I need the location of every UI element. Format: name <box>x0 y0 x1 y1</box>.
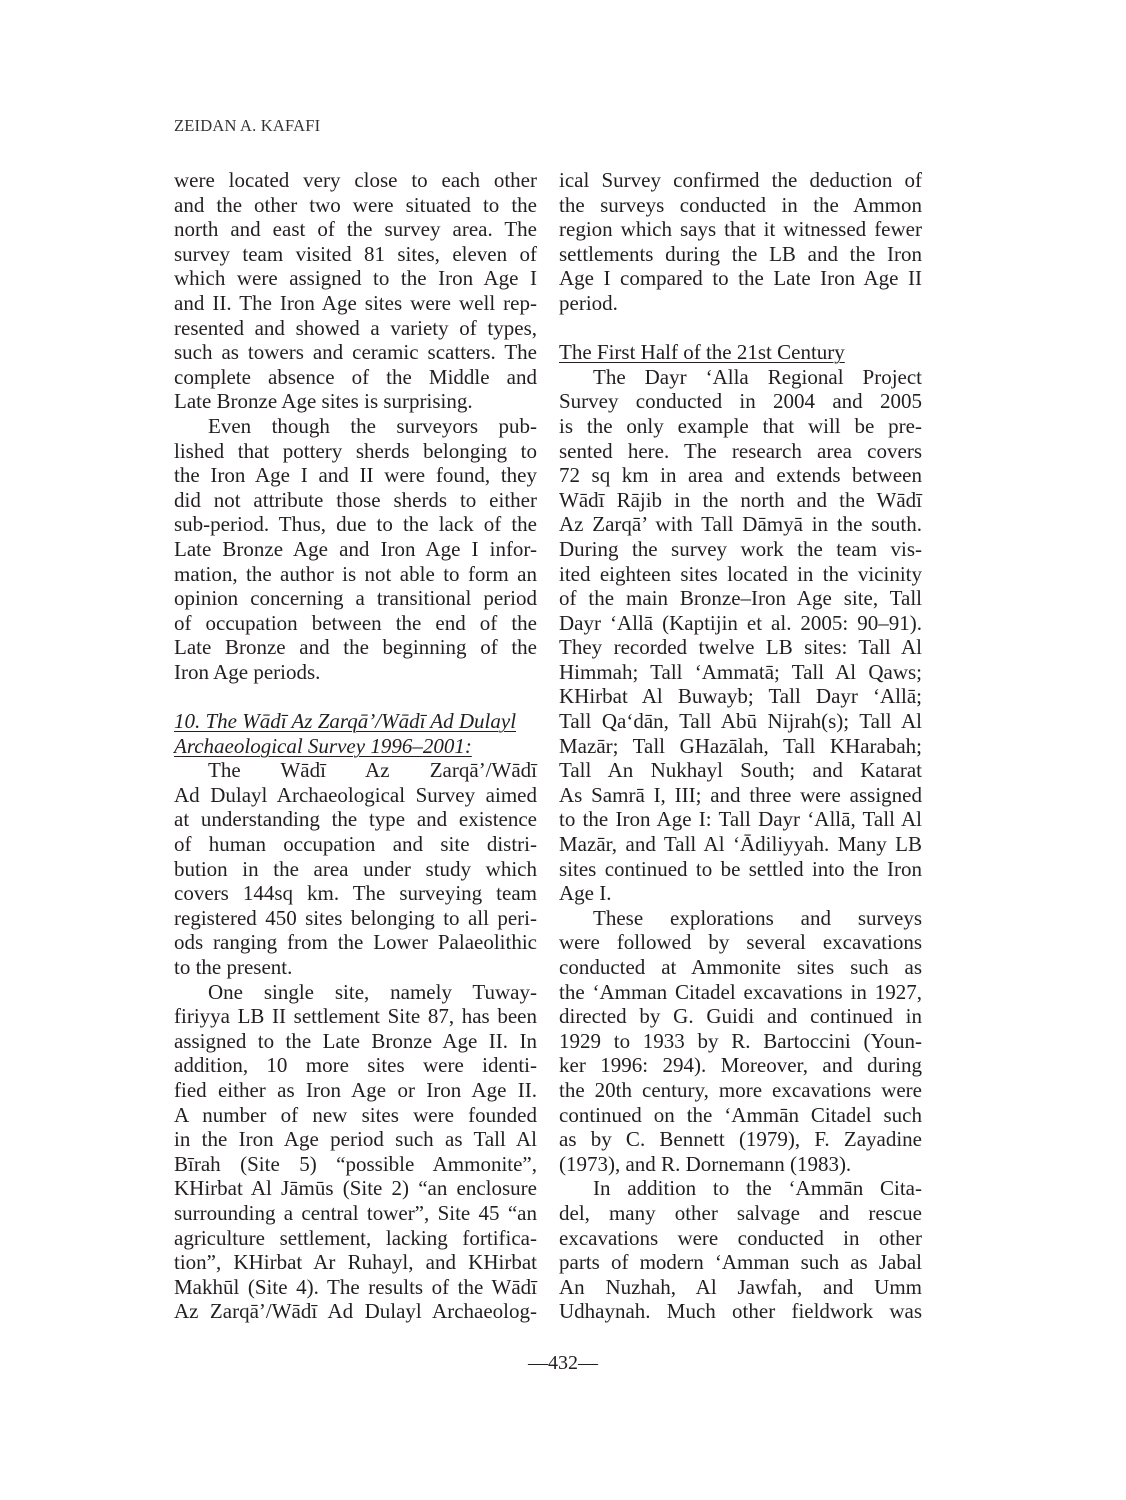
text-line: Late Bronze Age and Iron Age I infor- <box>174 537 537 562</box>
left-column: were located very close to each other an… <box>174 168 537 1324</box>
text-line: ited eighteen sites located in the vicin… <box>559 562 922 587</box>
text-line: continued on the ‘Ammān Citadel such <box>559 1103 922 1128</box>
text-line: del, many other salvage and rescue <box>559 1201 922 1226</box>
heading-line: Archaeological Survey 1996–2001: <box>174 734 537 759</box>
spacer <box>174 684 537 709</box>
text-line: the 20th century, more excavations were <box>559 1078 922 1103</box>
section-heading-wadi-survey: 10. The Wādī Az Zarqā’/Wādī Ad Dulayl Ar… <box>174 709 537 758</box>
text-line: ods ranging from the Lower Palaeolithic <box>174 930 537 955</box>
text-line: period. <box>559 291 922 316</box>
paragraph-explorations: These explorations and surveys were foll… <box>559 906 922 1177</box>
text-line: Late Bronze and the beginning of the <box>174 635 537 660</box>
text-line: were followed by several excavations <box>559 930 922 955</box>
text-line: They recorded twelve LB sites: Tall Al <box>559 635 922 660</box>
text-line: Mazār, and Tall Al ‘Ādiliyyah. Many LB <box>559 832 922 857</box>
text-line: north and east of the survey area. The <box>174 217 537 242</box>
text-line: fied either as Iron Age or Iron Age II. <box>174 1078 537 1103</box>
text-line: In addition to the ‘Ammān Cita- <box>559 1176 922 1201</box>
spacer <box>559 316 922 341</box>
text-line: at understanding the type and existence <box>174 807 537 832</box>
text-line: is the only example that will be pre- <box>559 414 922 439</box>
text-line: which were assigned to the Iron Age I <box>174 266 537 291</box>
text-line: settlements during the LB and the Iron <box>559 242 922 267</box>
text-line: An Nuzhah, Al Jawfah, and Umm <box>559 1275 922 1300</box>
running-head-author: ZEIDAN A. KAFAFI <box>174 116 320 136</box>
text-line: such as towers and ceramic scatters. The <box>174 340 537 365</box>
text-line: the Iron Age I and II were found, they <box>174 463 537 488</box>
text-line: sented here. The research area covers <box>559 439 922 464</box>
text-line: Az Zarqā’ with Tall Dāmyā in the south. <box>559 512 922 537</box>
text-line: and II. The Iron Age sites were well rep… <box>174 291 537 316</box>
page-number: —432— <box>0 1352 1126 1375</box>
text-line: ical Survey confirmed the deduction of <box>559 168 922 193</box>
text-line: surrounding a central tower”, Site 45 “a… <box>174 1201 537 1226</box>
text-line: of the main Bronze–Iron Age site, Tall <box>559 586 922 611</box>
text-line: did not attribute those sherds to either <box>174 488 537 513</box>
text-line: of occupation between the end of the <box>174 611 537 636</box>
text-line: Bīrah (Site 5) “possible Ammonite”, <box>174 1152 537 1177</box>
text-line: the surveys conducted in the Ammon <box>559 193 922 218</box>
text-line: Makhūl (Site 4). The results of the Wādī <box>174 1275 537 1300</box>
text-line: were located very close to each other <box>174 168 537 193</box>
text-line: Ad Dulayl Archaeological Survey aimed <box>174 783 537 808</box>
text-line: KHirbat Al Jāmūs (Site 2) “an enclosure <box>174 1176 537 1201</box>
text-line: Dayr ‘Allā (Kaptijin et al. 2005: 90–91)… <box>559 611 922 636</box>
text-line: Tall An Nukhayl South; and Katarat <box>559 758 922 783</box>
text-line: bution in the area under study which <box>174 857 537 882</box>
text-line: registered 450 sites belonging to all pe… <box>174 906 537 931</box>
right-column: ical Survey confirmed the deduction of t… <box>559 168 922 1324</box>
text-line: Mazār; Tall GHazālah, Tall KHarabah; <box>559 734 922 759</box>
text-line: 72 sq km in area and extends between <box>559 463 922 488</box>
text-line: the ‘Amman Citadel excavations in 1927, <box>559 980 922 1005</box>
text-line: complete absence of the Middle and <box>174 365 537 390</box>
text-line: Even though the surveyors pub- <box>174 414 537 439</box>
section-heading-21st-century: The First Half of the 21st Century <box>559 340 922 365</box>
text-line: ker 1996: 294). Moreover, and during <box>559 1053 922 1078</box>
text-line: mation, the author is not able to form a… <box>174 562 537 587</box>
text-line: Udhaynah. Much other fieldwork was <box>559 1299 922 1324</box>
text-line: Survey conducted in 2004 and 2005 <box>559 389 922 414</box>
text-line: Az Zarqā’/Wādī Ad Dulayl Archaeolog- <box>174 1299 537 1324</box>
text-line: survey team visited 81 sites, eleven of <box>174 242 537 267</box>
heading-line: 10. The Wādī Az Zarqā’/Wādī Ad Dulayl <box>174 709 537 734</box>
text-line: to the Iron Age I: Tall Dayr ‘Allā, Tall… <box>559 807 922 832</box>
text-line: lished that pottery sherds belonging to <box>174 439 537 464</box>
text-line: to the present. <box>174 955 537 980</box>
paragraph-dayr-alla: The Dayr ‘Alla Regional Project Survey c… <box>559 365 922 906</box>
text-line: addition, 10 more sites were identi- <box>174 1053 537 1078</box>
paragraph-wadi-survey: The Wādī Az Zarqā’/Wādī Ad Dulayl Archae… <box>174 758 537 979</box>
text-line: Tall Qa‘dān, Tall Abū Nijrah(s); Tall Al <box>559 709 922 734</box>
text-line: As Samrā I, III; and three were assigned <box>559 783 922 808</box>
text-line: Age I. <box>559 881 922 906</box>
paragraph-surveyors: Even though the surveyors pub- lished th… <box>174 414 537 685</box>
text-line: Iron Age periods. <box>174 660 537 685</box>
paragraph-salvage: In addition to the ‘Ammān Cita- del, man… <box>559 1176 922 1324</box>
text-line: region which says that it witnessed fewe… <box>559 217 922 242</box>
text-line: conducted at Ammonite sites such as <box>559 955 922 980</box>
paragraph-single-site: One single site, namely Tuway- firiyya L… <box>174 980 537 1324</box>
text-line: as by C. Bennett (1979), F. Zayadine <box>559 1127 922 1152</box>
text-line: Age I compared to the Late Iron Age II <box>559 266 922 291</box>
text-line: agriculture settlement, lacking fortific… <box>174 1226 537 1251</box>
text-line: The Dayr ‘Alla Regional Project <box>559 365 922 390</box>
text-line: During the survey work the team vis- <box>559 537 922 562</box>
text-line: in the Iron Age period such as Tall Al <box>174 1127 537 1152</box>
text-line: directed by G. Guidi and continued in <box>559 1004 922 1029</box>
text-line: sites continued to be settled into the I… <box>559 857 922 882</box>
text-line: and the other two were situated to the <box>174 193 537 218</box>
text-line: covers 144sq km. The surveying team <box>174 881 537 906</box>
text-line: (1973), and R. Dornemann (1983). <box>559 1152 922 1177</box>
text-line: firiyya LB II settlement Site 87, has be… <box>174 1004 537 1029</box>
text-line: resented and showed a variety of types, <box>174 316 537 341</box>
paragraph-continued: were located very close to each other an… <box>174 168 537 414</box>
text-line: tion”, KHirbat Ar Ruhayl, and KHirbat <box>174 1250 537 1275</box>
text-line: Late Bronze Age sites is surprising. <box>174 389 537 414</box>
text-line: Himmah; Tall ‘Ammatā; Tall Al Qaws; <box>559 660 922 685</box>
text-line: sub-period. Thus, due to the lack of the <box>174 512 537 537</box>
text-line: These explorations and surveys <box>559 906 922 931</box>
text-line: KHirbat Al Buwayb; Tall Dayr ‘Allā; <box>559 684 922 709</box>
text-line: A number of new sites were founded <box>174 1103 537 1128</box>
text-line: The Wādī Az Zarqā’/Wādī <box>174 758 537 783</box>
text-line: opinion concerning a transitional period <box>174 586 537 611</box>
text-line: One single site, namely Tuway- <box>174 980 537 1005</box>
paragraph-continued-survey: ical Survey confirmed the deduction of t… <box>559 168 922 316</box>
text-line: parts of modern ‘Amman such as Jabal <box>559 1250 922 1275</box>
text-line: Wādī Rājib in the north and the Wādī <box>559 488 922 513</box>
text-line: assigned to the Late Bronze Age II. In <box>174 1029 537 1054</box>
text-line: 1929 to 1933 by R. Bartoccini (Youn- <box>559 1029 922 1054</box>
text-line: of human occupation and site distri- <box>174 832 537 857</box>
text-line: excavations were conducted in other <box>559 1226 922 1251</box>
